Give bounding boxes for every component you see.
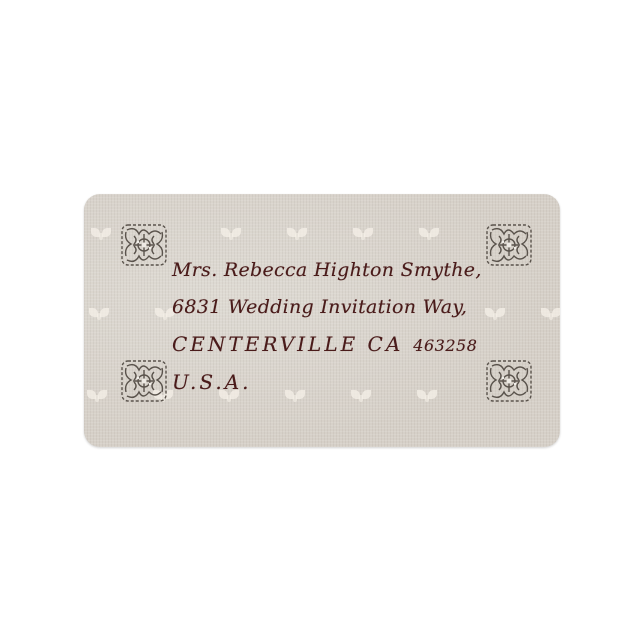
leaf-motif-icon [86, 390, 108, 402]
filigree-ornament-icon [484, 358, 534, 404]
address-block: Mrs. Rebecca Highton Smythe, 6831 Weddin… [172, 252, 482, 401]
leaf-motif-icon [90, 228, 112, 240]
filigree-ornament-icon [119, 222, 169, 268]
filigree-ornament-icon [484, 222, 534, 268]
zip-code: 463258 [413, 336, 477, 355]
recipient-name: Mrs. Rebecca Highton Smythe, [172, 252, 482, 289]
leaf-motif-icon [418, 228, 440, 240]
city-state-zip: CENTERVILLE CA463258 [172, 326, 482, 364]
street-address: 6831 Wedding Invitation Way, [172, 289, 482, 326]
leaf-motif-icon [540, 308, 560, 320]
leaf-motif-icon [352, 228, 374, 240]
leaf-motif-icon [220, 228, 242, 240]
filigree-ornament-icon [119, 358, 169, 404]
leaf-motif-icon [88, 308, 110, 320]
leaf-motif-icon [484, 308, 506, 320]
country: U.S.A. [172, 364, 482, 401]
city-state: CENTERVILLE CA [172, 332, 403, 356]
canvas: Mrs. Rebecca Highton Smythe, 6831 Weddin… [0, 0, 644, 644]
leaf-motif-icon [286, 228, 308, 240]
address-label: Mrs. Rebecca Highton Smythe, 6831 Weddin… [84, 194, 560, 447]
